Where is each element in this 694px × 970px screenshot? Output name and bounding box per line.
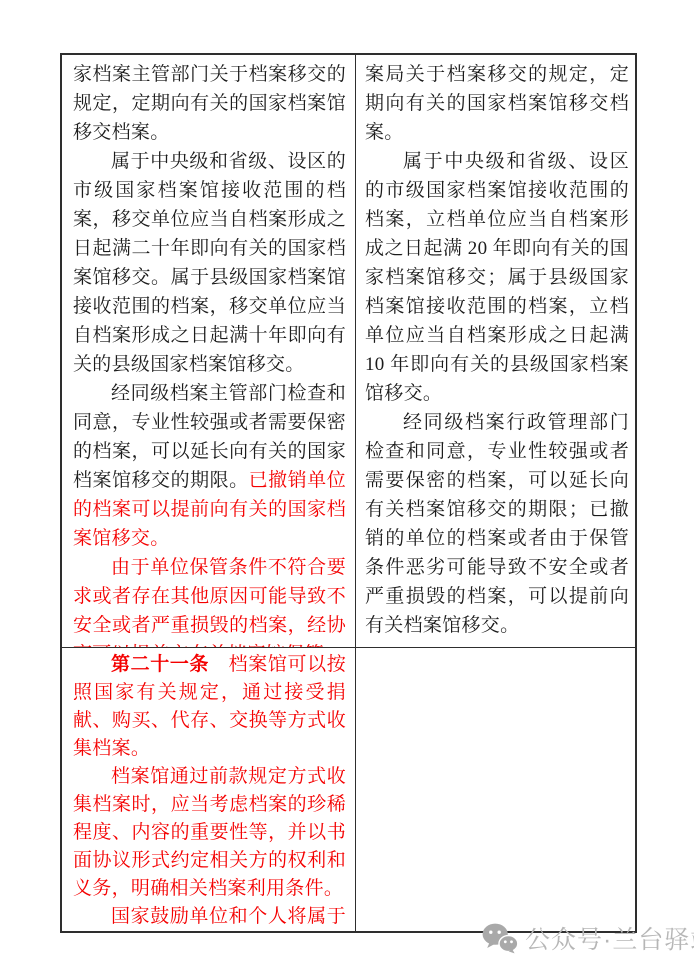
table-cell-left-row1: 家档案主管部门关于档案移交的规定，定期向有关的国家档案馆移交档案。属于中央级和省… — [62, 55, 356, 648]
paragraph: 属于中央级和省级、设区的市级国家档案馆接收范围的档案，立档单位应当自档案形成之日… — [365, 147, 629, 408]
table-cell-right-row2 — [356, 648, 635, 931]
watermark-text: 公众号·兰台驿站 — [525, 920, 694, 956]
original-text-segment: 经同级档案行政管理部门检查和同意，专业性较强或者需要保密的档案，可以延长向有关档… — [365, 412, 629, 636]
paragraph: 经同级档案主管部门检查和同意，专业性较强或者需要保密的档案，可以延长向有关的国家… — [73, 379, 346, 553]
paragraph: 由于单位保管条件不符合要求或者存在其他原因可能导致不安全或者严重损毁的档案，经协… — [73, 553, 346, 648]
table-cell-left-row2: 第二十一条 档案馆可以按照国家有关规定，通过接受捐献、购买、代存、交换等方式收集… — [62, 648, 356, 931]
wechat-icon — [482, 923, 518, 954]
revised-text-segment: 档案馆通过前款规定方式收集档案时，应当考虑档案的珍稀程度、内容的重要性等，并以书… — [73, 766, 346, 899]
paragraph: 国家鼓励单位和个人将属于其所有的对国家和社会具有重要 — [73, 903, 346, 931]
revised-text-segment: 国家鼓励单位和个人将属于其所有的对国家和社会具有重要 — [73, 906, 346, 931]
original-text-segment: 家档案主管部门关于档案移交的规定，定期向有关的国家档案馆移交档案。 — [73, 64, 346, 143]
table-cell-right-row1: 案局关于档案移交的规定，定期向有关的国家档案馆移交档案。属于中央级和省级、设区的… — [356, 55, 635, 648]
paragraph: 档案馆通过前款规定方式收集档案时，应当考虑档案的珍稀程度、内容的重要性等，并以书… — [73, 763, 346, 903]
paragraph: 经同级档案行政管理部门检查和同意，专业性较强或者需要保密的档案，可以延长向有关档… — [365, 408, 629, 640]
original-text-segment: 案局关于档案移交的规定，定期向有关的国家档案馆移交档案。 — [365, 64, 629, 143]
original-text-segment: 属于中央级和省级、设区的市级国家档案馆接收范围的档案，立档单位应当自档案形成之日… — [365, 151, 629, 404]
paragraph: 案局关于档案移交的规定，定期向有关的国家档案馆移交档案。 — [365, 60, 629, 147]
paragraph: 属于中央级和省级、设区的市级国家档案馆接收范围的档案，移交单位应当自档案形成之日… — [73, 147, 346, 379]
revised-text-segment: 由于单位保管条件不符合要求或者存在其他原因可能导致不安全或者严重损毁的档案，经协… — [73, 557, 346, 648]
watermark: 公众号·兰台驿站 — [482, 920, 694, 956]
law-comparison-table: 家档案主管部门关于档案移交的规定，定期向有关的国家档案馆移交档案。属于中央级和省… — [60, 53, 637, 933]
original-text-segment: 属于中央级和省级、设区的市级国家档案馆接收范围的档案，移交单位应当自档案形成之日… — [73, 151, 346, 375]
paragraph: 家档案主管部门关于档案移交的规定，定期向有关的国家档案馆移交档案。 — [73, 60, 346, 147]
document-page: 家档案主管部门关于档案移交的规定，定期向有关的国家档案馆移交档案。属于中央级和省… — [0, 0, 694, 970]
revised-text-segment: 第二十一条 — [111, 654, 209, 675]
paragraph: 第二十一条 档案馆可以按照国家有关规定，通过接受捐献、购买、代存、交换等方式收集… — [73, 651, 346, 763]
